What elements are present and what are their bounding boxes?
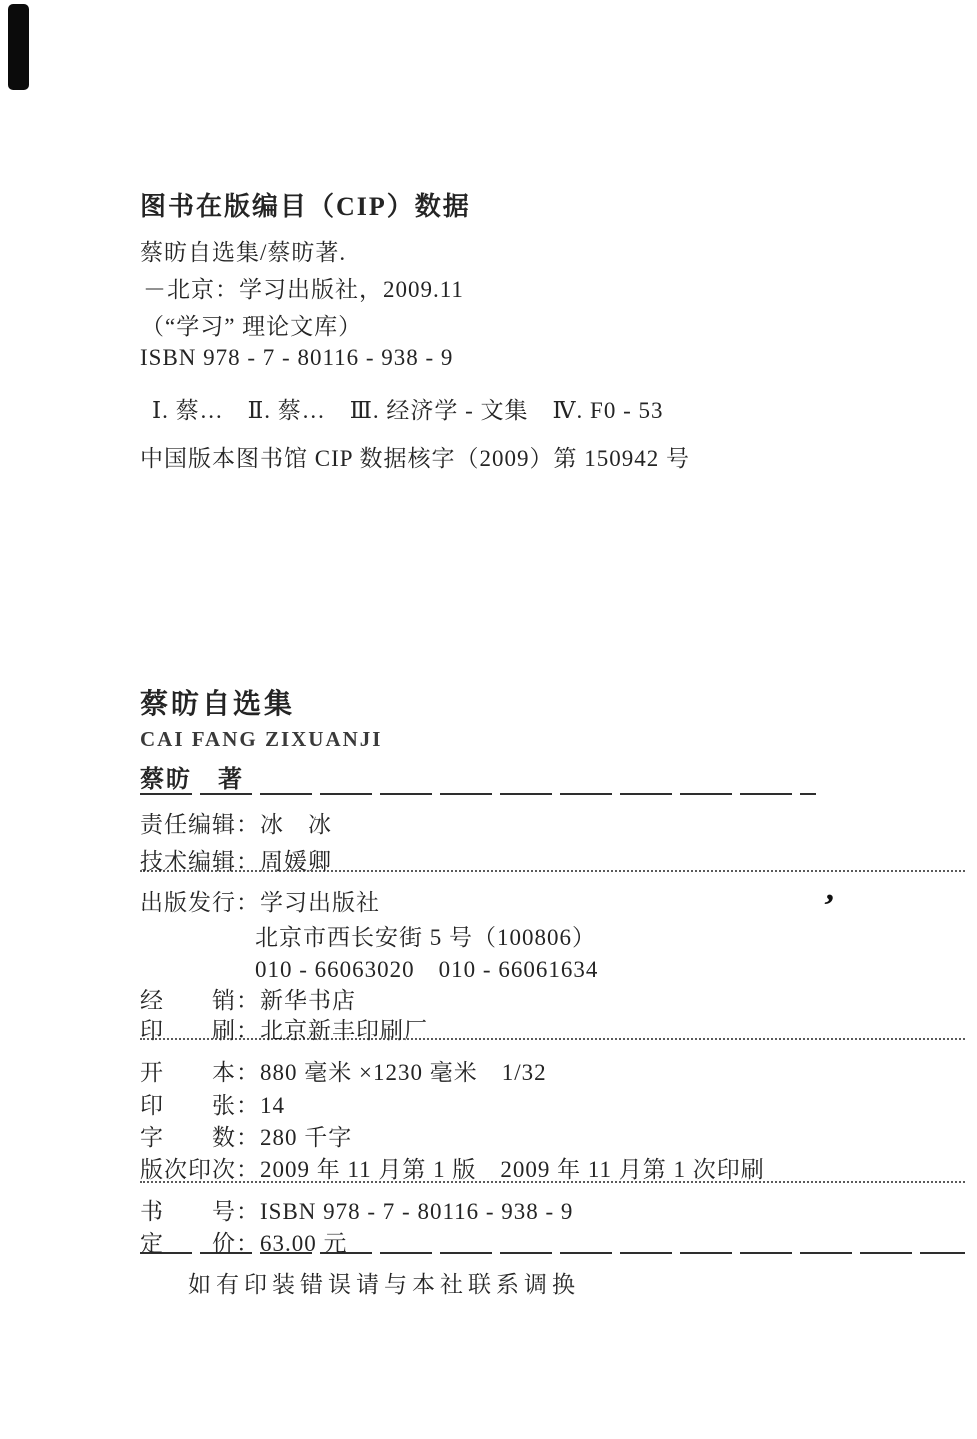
row-publisher: 出版发行：学习出版社 — [140, 884, 380, 917]
row-publisher-value: 学习出版社 — [260, 890, 380, 915]
row-distributor-value: 新华书店 — [260, 988, 356, 1013]
publisher-phones: 010 - 66063020 010 - 66061634 — [255, 951, 598, 984]
row-word-count-label: 字 数： — [140, 1125, 260, 1150]
rule-solid-top — [140, 793, 816, 795]
ink-speck: ’ — [818, 887, 837, 927]
row-publisher-label: 出版发行： — [140, 890, 260, 915]
book-title-cn: 蔡昉自选集 — [140, 682, 295, 722]
row-tech-editor-label: 技术编辑： — [140, 849, 260, 874]
row-isbn-value: ISBN 978 - 7 - 80116 - 938 - 9 — [260, 1199, 573, 1224]
row-tech-editor-value: 周媛卿 — [260, 849, 332, 874]
scanned-copyright-page: ’ 图书在版编目（CIP）数据 蔡昉自选集/蔡昉著. －北京：学习出版社，200… — [0, 0, 977, 1439]
row-editor: 责任编辑：冰 冰 — [140, 806, 332, 839]
row-price-label: 定 价： — [140, 1231, 260, 1256]
publisher-address: 北京市西长安街 5 号（100806） — [255, 919, 596, 952]
row-format-value: 880 毫米 ×1230 毫米 1/32 — [260, 1060, 547, 1085]
row-tech-editor: 技术编辑：周媛卿 — [140, 843, 332, 876]
row-distributor-label: 经 销： — [140, 988, 260, 1013]
row-sheets-value: 14 — [260, 1093, 285, 1118]
row-isbn: 书 号：ISBN 978 - 7 - 80116 - 938 - 9 — [140, 1193, 573, 1226]
row-distributor: 经 销：新华书店 — [140, 982, 356, 1015]
row-editor-label: 责任编辑： — [140, 812, 260, 837]
row-editor-value: 冰 冰 — [260, 812, 332, 837]
cip-isbn-line: ISBN 978 - 7 - 80116 - 938 - 9 — [140, 345, 453, 371]
row-sheets: 印 张：14 — [140, 1087, 285, 1120]
row-word-count-value: 280 千字 — [260, 1125, 352, 1150]
row-printer-label: 印 刷： — [140, 1018, 260, 1043]
cip-series-line: （“学习” 理论文库） — [141, 308, 362, 341]
cip-city-line: －北京：学习出版社，2009.11 — [143, 271, 464, 304]
cip-title-line: 蔡昉自选集/蔡昉著. — [140, 234, 346, 267]
row-price: 定 价：63.00 元 — [140, 1225, 348, 1258]
row-format: 开 本：880 毫米 ×1230 毫米 1/32 — [140, 1054, 547, 1087]
row-printer-value: 北京新丰印刷厂 — [260, 1018, 428, 1043]
book-author: 蔡昉 著 — [140, 759, 244, 794]
row-edition-value: 2009 年 11 月第 1 版 2009 年 11 月第 1 次印刷 — [260, 1157, 765, 1182]
misprint-exchange-notice: 如有印装错误请与本社联系调换 — [188, 1266, 580, 1299]
book-title-pinyin: CAI FANG ZIXUANJI — [140, 727, 382, 752]
cip-classification-line: Ⅰ. 蔡… Ⅱ. 蔡… Ⅲ. 经济学 - 文集 Ⅳ. F0 - 53 — [152, 392, 664, 425]
row-word-count: 字 数：280 千字 — [140, 1119, 352, 1152]
row-price-value: 63.00 元 — [260, 1231, 348, 1256]
row-edition-label: 版次印次： — [140, 1157, 260, 1182]
cip-record-line: 中国版本图书馆 CIP 数据核字（2009）第 150942 号 — [140, 440, 690, 473]
row-printer: 印 刷：北京新丰印刷厂 — [140, 1012, 428, 1045]
row-format-label: 开 本： — [140, 1060, 260, 1085]
scan-artifact-corner-bar — [8, 4, 29, 90]
row-sheets-label: 印 张： — [140, 1093, 260, 1118]
row-edition: 版次印次：2009 年 11 月第 1 版 2009 年 11 月第 1 次印刷 — [140, 1151, 765, 1184]
cip-heading: 图书在版编目（CIP）数据 — [140, 186, 471, 223]
row-isbn-label: 书 号： — [140, 1199, 260, 1224]
